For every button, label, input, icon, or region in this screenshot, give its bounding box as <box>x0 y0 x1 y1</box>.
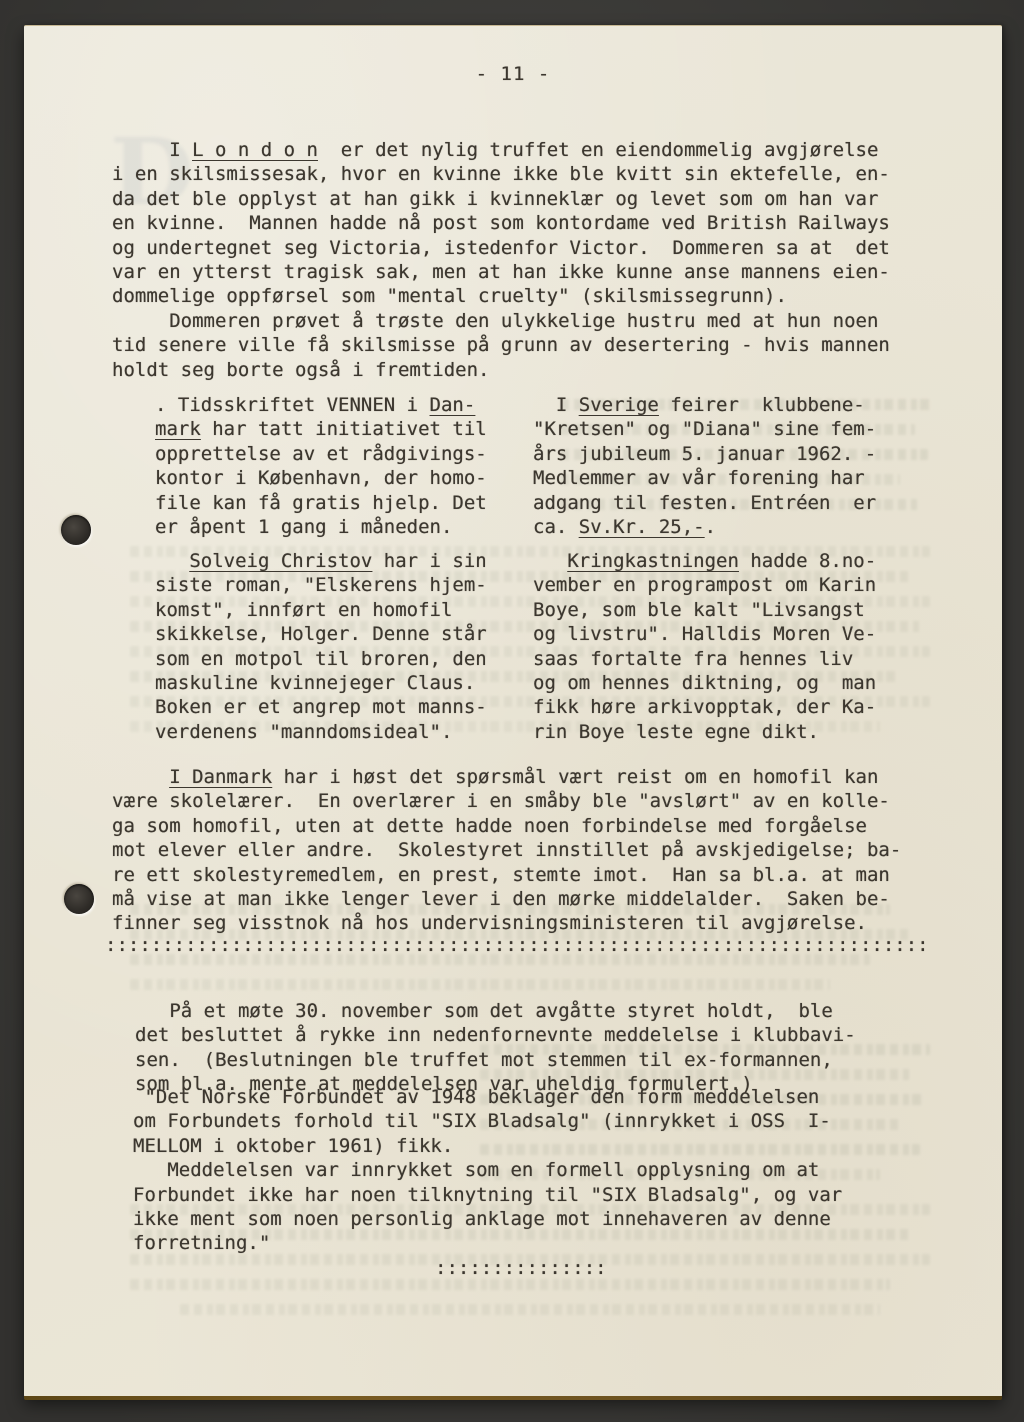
dotted-separator-full: ::::::::::::::::::::::::::::::::::::::::… <box>105 934 929 956</box>
text-line: mark har tatt initiativet til <box>155 417 487 441</box>
text-line: kontor i København, der homo- <box>155 466 487 490</box>
text-line: Boye, som ble kalt "Livsangst <box>533 598 876 622</box>
paragraph-kringkastningen: Kringkastningen hadde 8.no-vember en pro… <box>533 549 876 744</box>
text-line: holdt seg borte også i fremtiden. <box>112 358 890 382</box>
text-line: om Forbundets forhold til "SIX Bladsalg"… <box>133 1109 842 1133</box>
text-line: dommelige oppførsel som "mental cruelty"… <box>112 284 890 308</box>
text-line: verdenens "manndomsideal". <box>155 720 487 744</box>
text-line: rin Boye leste egne dikt. <box>533 720 876 744</box>
punch-hole-bottom <box>64 884 94 914</box>
paragraph-london: I L o n d o n er det nylig truffet en ei… <box>112 138 890 382</box>
text-line: komst", innført en homofil <box>155 598 487 622</box>
text-line: ikke ment som noen personlig anklage mot… <box>133 1207 842 1231</box>
text-line: mot elever eller andre. Skolestyret inns… <box>112 838 901 862</box>
text-line: det besluttet å rykke inn nedenfornevnte… <box>135 1023 856 1047</box>
text-line: "Det Norske Forbundet av 1948 beklager d… <box>133 1085 842 1109</box>
text-line: da det ble opplyst at han gikk i kvinnek… <box>112 187 890 211</box>
text-line: vember en programpost om Karin <box>533 573 876 597</box>
text-line: sen. (Beslutningen ble truffet mot stemm… <box>135 1048 856 1072</box>
text-line: og undertegnet seg Victoria, istedenfor … <box>112 236 890 260</box>
text-line: Kringkastningen hadde 8.no- <box>533 549 876 573</box>
text-line: Dommeren prøvet å trøste den ulykkelige … <box>112 309 890 333</box>
text-line: er åpent 1 gang i måneden. <box>155 515 487 539</box>
text-line: være skolelærer. En overlærer i en småby… <box>112 789 901 813</box>
text-line: Solveig Christov har i sin <box>155 549 487 573</box>
bleedthrough-line <box>130 979 830 990</box>
text-line: tid senere ville få skilsmisse på grunn … <box>112 333 890 357</box>
text-line: og livstru". Halldis Moren Ve- <box>533 622 876 646</box>
paragraph-vennen-danmark: . Tidsskriftet VENNEN i Dan-mark har tat… <box>155 393 487 539</box>
punch-hole-top <box>61 515 91 545</box>
text-line: Medlemmer av vår forening har <box>533 466 876 490</box>
text-line: Meddelelsen var innrykket som en formell… <box>133 1158 842 1182</box>
text-line: MELLOM i oktober 1961) fikk. <box>133 1134 842 1158</box>
text-line: ca. Sv.Kr. 25,-. <box>533 515 876 539</box>
text-line: ga som homofil, uten at dette hadde noen… <box>112 814 901 838</box>
paragraph-sverige-jubileum: I Sverige feirer klubbene-"Kretsen" og "… <box>533 393 876 539</box>
paragraph-solveig-christov: Solveig Christov har i sinsiste roman, "… <box>155 549 487 744</box>
text-line: Boken er et angrep mot manns- <box>155 695 487 719</box>
paragraph-danmark-skolelaerer: I Danmark har i høst det spørsmål vært r… <box>112 765 901 936</box>
text-line: siste roman, "Elskerens hjem- <box>155 573 487 597</box>
text-line: Forbundet ikke har noen tilknytning til … <box>133 1183 842 1207</box>
text-line: file kan få gratis hjelp. Det <box>155 491 487 515</box>
text-line: adgang til festen. Entréen er <box>533 491 876 515</box>
text-line: og om hennes diktning, og man <box>533 671 876 695</box>
text-line: re ett skolestyremedlem, en prest, stemt… <box>112 863 901 887</box>
text-line: forretning." <box>133 1231 842 1255</box>
paragraph-forbundet-statement: "Det Norske Forbundet av 1948 beklager d… <box>133 1085 842 1256</box>
desk-background: D - 11 - I L o n d o n er det nylig truf… <box>0 0 1024 1422</box>
text-line: opprettelse av et rådgivings- <box>155 442 487 466</box>
text-line: saas fortalte fra hennes liv <box>533 647 876 671</box>
text-line: I L o n d o n er det nylig truffet en ei… <box>112 138 890 162</box>
text-line: maskuline kvinnejeger Claus. <box>155 671 487 695</box>
document-page: D - 11 - I L o n d o n er det nylig truf… <box>24 25 1002 1397</box>
text-line: I Danmark har i høst det spørsmål vært r… <box>112 765 901 789</box>
text-line: "Kretsen" og "Diana" sine fem- <box>533 417 876 441</box>
text-line: . Tidsskriftet VENNEN i Dan- <box>155 393 487 417</box>
text-line: skikkelse, Holger. Denne står <box>155 622 487 646</box>
text-line: I Sverige feirer klubbene- <box>533 393 876 417</box>
text-line: På et møte 30. november som det avgåtte … <box>135 999 856 1023</box>
text-line: må vise at man ikke lenger lever i den m… <box>112 887 901 911</box>
dotted-separator-short: ::::::::::::::: <box>435 1257 607 1279</box>
bleedthrough-line <box>130 1279 890 1290</box>
text-line: en kvinne. Mannen hadde nå post som kont… <box>112 211 890 235</box>
bleedthrough-line <box>180 1304 880 1315</box>
text-line: i en skilsmissesak, hvor en kvinne ikke … <box>112 162 890 186</box>
text-line: som en motpol til broren, den <box>155 647 487 671</box>
text-line: fikk høre arkivopptak, der Ka- <box>533 695 876 719</box>
text-line: var en ytterst tragisk sak, men at han i… <box>112 260 890 284</box>
paragraph-meeting-november: På et møte 30. november som det avgåtte … <box>135 999 856 1097</box>
text-line: års jubileum 5. januar 1962. - <box>533 442 876 466</box>
text-line: finner seg visstnok nå hos undervisnings… <box>112 911 901 935</box>
page-number: - 11 - <box>24 63 1002 85</box>
